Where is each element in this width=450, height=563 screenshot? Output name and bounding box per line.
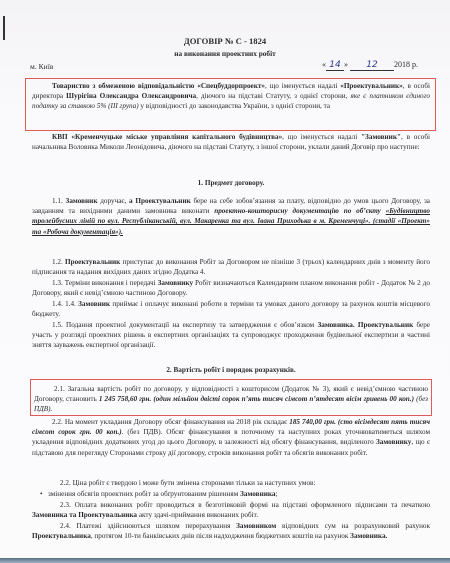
clause-1-5: 1.5. Подання проектної документації на е… xyxy=(32,320,430,351)
page-bottom-edge xyxy=(0,558,450,563)
city: м. Київ xyxy=(30,62,53,71)
preamble-party1: Товариство з обмеженою відповідальністю … xyxy=(32,81,430,112)
clause-2-2-price: 2.2. Ціна робіт є твердою і може бути зм… xyxy=(32,478,430,488)
scanned-contract-page: ДОГОВІР № С - 1824 на виконання проектни… xyxy=(0,0,450,563)
date-year: 2018 р. xyxy=(394,60,418,69)
clause-2-4: 2.4. Платежі здійснюються шляхом перерах… xyxy=(32,521,430,541)
contract-date: «14» 122018 р. xyxy=(322,60,418,71)
preamble-party2: КВП «Кременчуцьке міське управління капі… xyxy=(32,132,430,152)
clause-2-3: 2.3. Оплата виконаних робіт проводиться … xyxy=(32,500,430,520)
clause-1-4: 1.4. 1.4. Замовник приймає і оплачує вик… xyxy=(32,299,430,319)
clause-2-2: 2.2. На момент укладання Договору обсяг … xyxy=(32,417,430,458)
date-day: 14 xyxy=(326,60,344,71)
bullet-item: змінення обсягів проектних робіт за обґр… xyxy=(48,489,430,499)
date-month: 12 xyxy=(350,60,394,71)
clause-2-1: 2.1. Загальна вартість робіт по договору… xyxy=(34,384,428,415)
clause-1-2: 1.2. Проектувальник приступає до виконан… xyxy=(32,257,430,277)
clause-1-1: 1.1. Замовник доручає, а Проектувальник … xyxy=(32,196,430,237)
clause-1-3: 1.3. Терміни виконання і передачі Замовн… xyxy=(32,278,430,298)
document-title: ДОГОВІР № С - 1824 xyxy=(0,36,450,46)
section2-heading: 2. Вартість робіт і порядок розрахунків. xyxy=(32,365,430,375)
section1-heading: 1. Предмет договору. xyxy=(32,178,430,188)
document-subtitle: на виконання проектних робіт xyxy=(0,49,450,58)
